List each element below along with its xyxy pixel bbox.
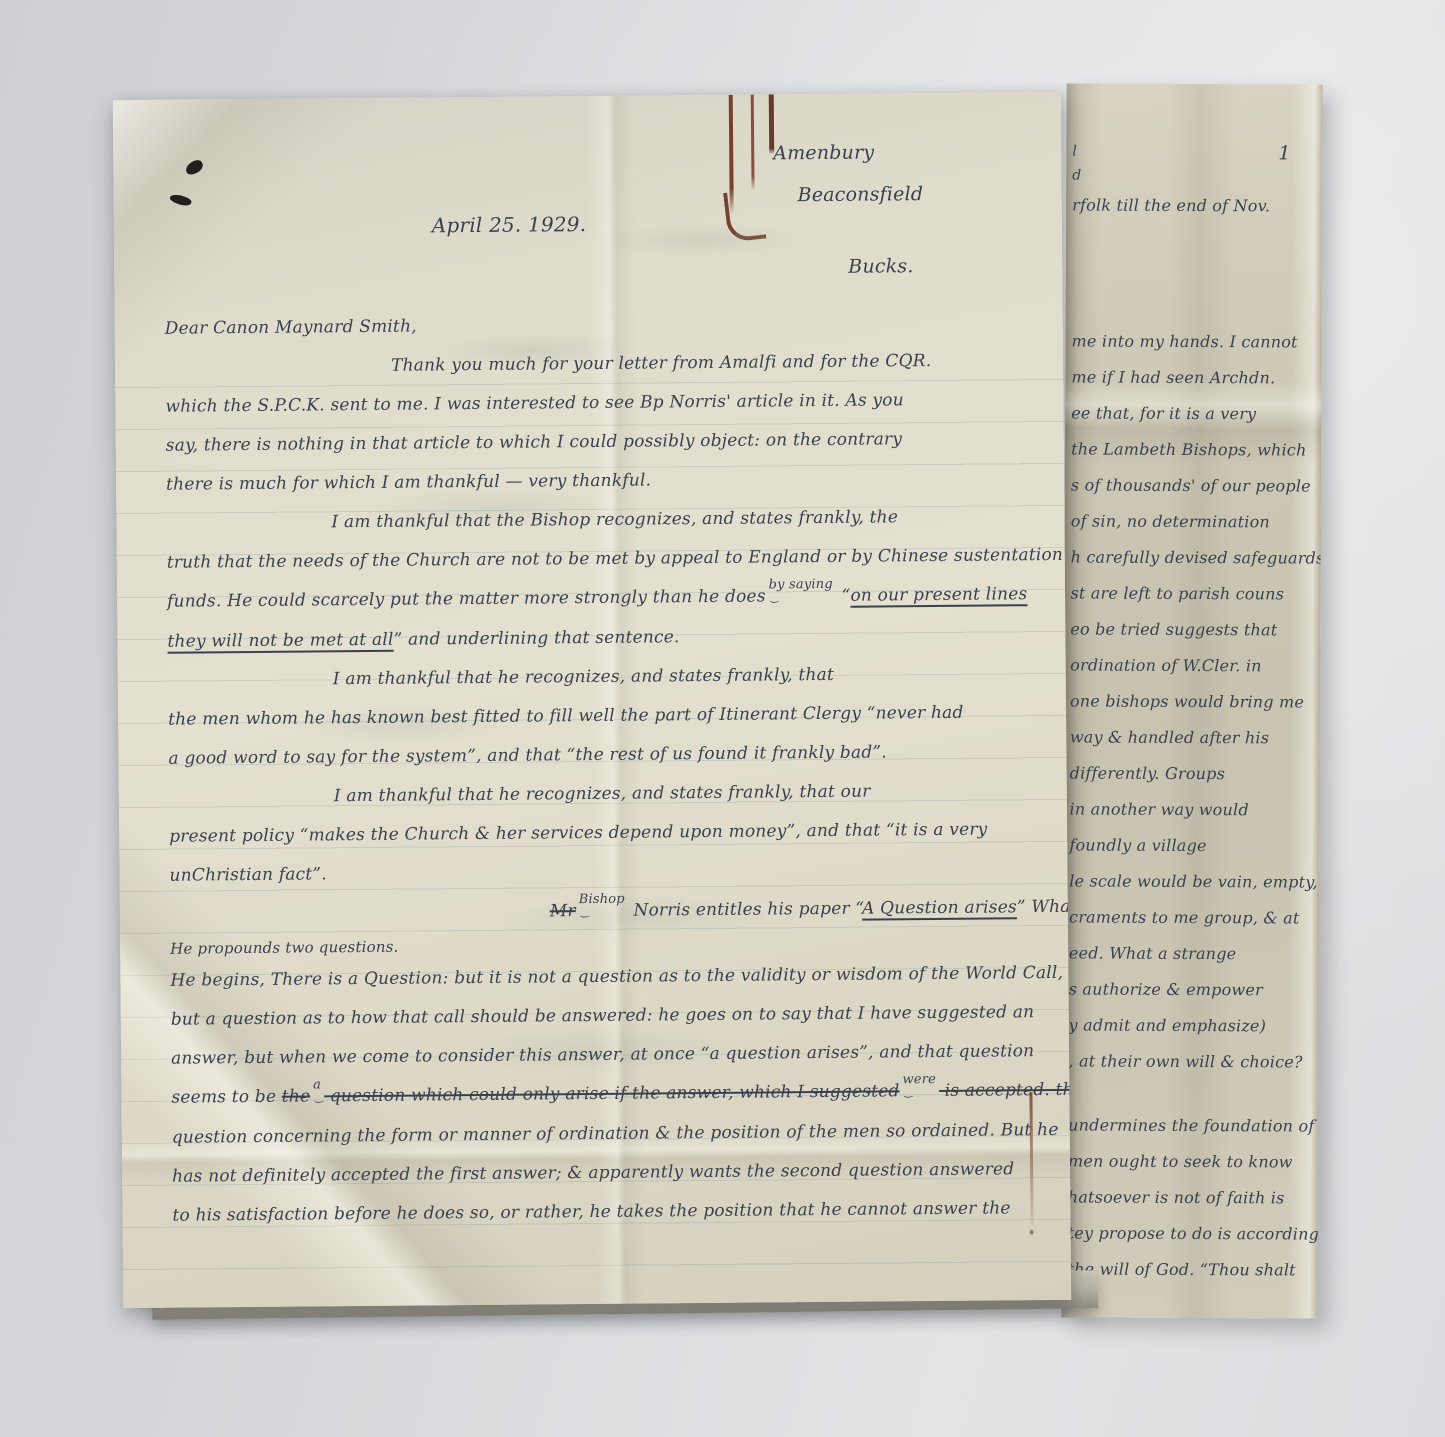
text-segment: craments to me group, & at	[1069, 907, 1300, 927]
text-segment: I am thankful that the Bishop recognizes…	[331, 507, 898, 532]
handwritten-line: l	[1072, 139, 1322, 164]
handwritten-line: foundly a village	[1069, 827, 1319, 864]
text-segment: they will not be met at all	[167, 630, 393, 652]
text-segment: is accepted. the a	[939, 1080, 1071, 1101]
text-segment: by saying	[768, 565, 833, 605]
text-segment: which the S.P.C.K. sent to me. I was int…	[165, 390, 904, 416]
text-segment: rfolk till the end of Nov.	[1072, 195, 1270, 215]
handwritten-line: y admit and emphasize)	[1069, 1007, 1319, 1044]
text-segment: differently. Groups	[1070, 763, 1225, 783]
text-segment: eo be tried suggests that	[1070, 619, 1277, 639]
handwritten-line: eed. What a strange	[1069, 935, 1319, 972]
text-segment: there is much for which I am thankful — …	[166, 470, 651, 494]
text-segment: Norris entitles his paper “	[628, 899, 862, 921]
text-segment: le scale would be vain, empty,	[1069, 871, 1318, 891]
text-segment: eed. What a strange	[1069, 943, 1237, 963]
handwritten-line: present policy “makes the Church & her s…	[169, 810, 1057, 857]
text-segment: A Question arises	[862, 897, 1017, 918]
text-segment: the will of God. “Thou shalt	[1067, 1259, 1295, 1279]
text-segment: ordination of W.Cler. in	[1070, 655, 1262, 675]
handwritten-line: eo be tried suggests that	[1070, 611, 1320, 648]
ink-spot	[169, 192, 193, 207]
handwritten-line: st are left to parish couns	[1070, 575, 1320, 612]
handwritten-line: me if I had seen Archdn.	[1071, 359, 1321, 396]
handwritten-line: rfolk till the end of Nov.	[1072, 187, 1322, 224]
handwritten-line: the will of God. “Thou shalt	[1067, 1251, 1317, 1288]
text-segment: the Lambeth Bishops, which	[1071, 439, 1306, 459]
letter-page-1: Amenbury Beaconsfield Bucks. April 25. 1…	[113, 92, 1072, 1308]
handwritten-line: hatsoever is not of faith is	[1068, 1179, 1318, 1216]
text-segment: truth that the needs of the Church are n…	[167, 545, 1063, 573]
handwritten-line: Thank you much for your letter from Amal…	[391, 341, 1053, 386]
text-segment: I am thankful that he recognizes, and st…	[334, 782, 871, 807]
address-line-3: Bucks.	[848, 255, 914, 278]
text-segment: me if I had seen Archdn.	[1071, 367, 1275, 387]
text-segment: He begins, There is a Question: but it i…	[170, 963, 1063, 991]
handwritten-line: the men whom he has known best fitted to…	[168, 693, 1056, 740]
handwritten-line: me into my hands. I cannot	[1071, 323, 1321, 360]
handwritten-line: craments to me group, & at	[1069, 899, 1319, 936]
text-segment: has not definitely accepted the first an…	[172, 1159, 1014, 1186]
text-segment: to his satisfaction before he does so, o…	[172, 1198, 1010, 1225]
text-segment: way & handled after his	[1070, 727, 1269, 747]
handwritten-line: I am thankful that he recognizes, and st…	[334, 771, 1057, 816]
rust-stain-hook	[723, 189, 766, 243]
text-segment: say, there is nothing in that article to…	[166, 429, 903, 455]
text-segment: one bishops would bring me	[1070, 691, 1304, 711]
handwritten-line: men ought to seek to know	[1068, 1143, 1318, 1180]
text-segment: on our present lines	[850, 584, 1027, 606]
text-segment: me into my hands. I cannot	[1072, 331, 1298, 351]
handwritten-line: one bishops would bring me	[1070, 683, 1320, 720]
handwritten-line: way & handled after his	[1070, 719, 1320, 756]
text-segment: but a question as to how that call shoul…	[171, 1002, 1035, 1030]
text-segment: seems to be	[171, 1087, 281, 1108]
text-segment: a good word to say for the system”, and …	[168, 742, 887, 768]
text-segment: hatsoever is not of faith is	[1068, 1187, 1285, 1207]
text-segment: “	[836, 586, 851, 606]
handwritten-line: undermines the foundation of	[1068, 1107, 1318, 1144]
text-segment: Mr	[550, 901, 576, 921]
handwritten-line: s authorize & empower	[1069, 971, 1319, 1008]
text-segment: in another way would	[1069, 799, 1248, 819]
text-segment: foundly a village	[1069, 835, 1206, 855]
text-segment: question concerning the form or manner o…	[172, 1120, 1059, 1148]
text-segment: unChristian fact”.	[169, 864, 327, 885]
handwritten-line: in another way would	[1069, 791, 1319, 828]
text-segment: undermines the foundation of	[1068, 1115, 1314, 1135]
rust-stain-top	[711, 94, 802, 245]
text-segment: l	[1072, 143, 1077, 159]
handwritten-line: to his satisfaction before he does so, o…	[172, 1189, 1060, 1236]
handwritten-line: s of thousands' of our people	[1071, 467, 1321, 504]
photo-background: 1 ldrfolk till the end of Nov.me into my…	[0, 0, 1445, 1437]
text-segment: h carefully devised safeguards	[1071, 547, 1323, 567]
text-segment: question which could only arise if the a…	[324, 1081, 900, 1106]
text-segment: a	[313, 1065, 321, 1104]
handwritten-line: d	[1072, 163, 1322, 188]
date-line: April 25. 1929.	[432, 212, 587, 237]
handwritten-line: funds. He could scarcely put the matter …	[167, 575, 1055, 623]
handwritten-line: of sin, no determination	[1071, 503, 1321, 540]
text-segment: , at their own will & choice?	[1068, 1051, 1302, 1071]
text-segment: st are left to parish couns	[1070, 583, 1284, 603]
handwritten-line: , at their own will & choice?	[1068, 1043, 1318, 1080]
handwritten-line: h carefully devised safeguards	[1071, 539, 1321, 576]
text-segment: were	[902, 1060, 936, 1099]
text-segment: ” What is the question?	[1017, 896, 1071, 918]
letter-page-2: 1 ldrfolk till the end of Nov.me into my…	[1061, 83, 1322, 1318]
handwritten-line: the Lambeth Bishops, which	[1071, 431, 1321, 468]
letter-body: Dear Canon Maynard Smith,Thank you much …	[165, 302, 1061, 1236]
handwritten-line: I am thankful that the Bishop recognizes…	[331, 497, 1054, 542]
text-segment: s of thousands' of our people	[1071, 475, 1311, 495]
handwritten-line: MrBishop Norris entitles his paper “A Qu…	[550, 888, 1058, 932]
handwritten-line: le scale would be vain, empty,	[1069, 863, 1319, 900]
text-segment: Dear Canon Maynard Smith,	[165, 317, 417, 339]
page-2-text-column: ldrfolk till the end of Nov.me into my h…	[1067, 139, 1322, 1288]
text-segment: the men whom he has known best fitted to…	[168, 703, 964, 730]
text-segment: ” and underlining that sentence.	[393, 627, 679, 649]
text-segment: I am thankful that he recognizes, and st…	[333, 665, 834, 689]
text-segment: men ought to seek to know	[1068, 1151, 1293, 1171]
handwritten-line: ee that, for it is a very	[1071, 395, 1321, 432]
text-segment: He propounds two questions.	[170, 938, 399, 958]
text-segment: of sin, no determination	[1071, 511, 1270, 531]
text-segment: present policy “makes the Church & her s…	[169, 820, 987, 847]
handwritten-line: ordination of W.Cler. in	[1070, 647, 1320, 684]
address-line-1: Amenbury	[773, 142, 874, 165]
text-segment: the	[282, 1086, 311, 1106]
text-segment: y admit and emphasize)	[1069, 1015, 1267, 1035]
handwritten-line: tey propose to do is according	[1068, 1215, 1318, 1252]
address-line-2: Beaconsfield	[798, 183, 924, 206]
text-segment: ee that, for it is a very	[1071, 403, 1256, 423]
text-segment: d	[1072, 167, 1081, 183]
handwritten-line: I am thankful that he recognizes, and st…	[333, 654, 1056, 699]
text-segment: tey propose to do is according	[1068, 1223, 1319, 1243]
text-segment: Bishop	[579, 880, 625, 919]
handwritten-line: differently. Groups	[1070, 755, 1320, 792]
text-segment: funds. He could scarcely put the matter …	[167, 586, 766, 611]
ink-spot	[184, 158, 205, 177]
text-segment: Thank you much for your letter from Amal…	[391, 351, 931, 376]
text-segment: s authorize & empower	[1069, 979, 1263, 999]
